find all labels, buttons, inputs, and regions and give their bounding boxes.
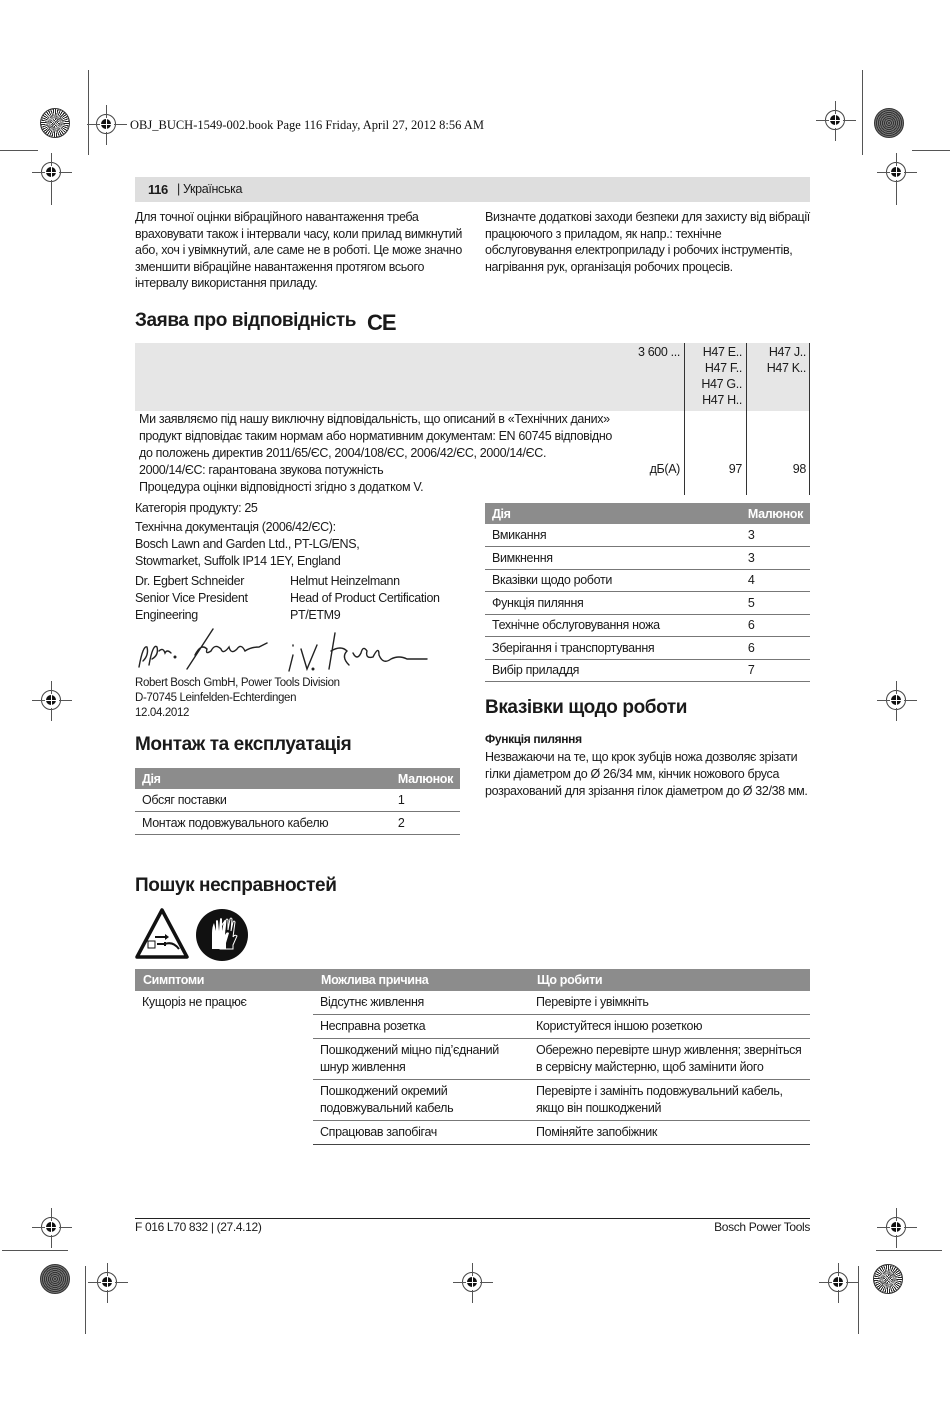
text-line: зменшити вібраційне навантаження протяго…	[135, 259, 475, 276]
figure-cell: 6	[741, 637, 810, 660]
column-header: Симптоми	[135, 969, 313, 991]
registration-mark-icon	[97, 1272, 117, 1292]
model-code: H47 H..	[688, 392, 742, 408]
registration-mark-icon	[828, 1272, 848, 1292]
action-cell: Вказівки щодо роботи	[485, 569, 741, 592]
figure-cell: 1	[391, 789, 460, 812]
table-row: Кущоріз не працюєВідсутнє живленняПереві…	[135, 991, 810, 1015]
text-line: Для точної оцінки вібраційного навантаже…	[135, 209, 475, 226]
figure-cell: 4	[741, 569, 810, 592]
signatory-name: Helmut Heinzelmann	[290, 573, 440, 590]
signatures-image	[135, 625, 445, 675]
figure-cell: 5	[741, 592, 810, 615]
text-line: Технічна документація (2006/42/ЄС):	[135, 519, 359, 536]
text-line: або, хоч і увімкнутий, але саме не в роб…	[135, 242, 475, 259]
troubleshooting-heading: Пошук несправностей	[135, 875, 337, 897]
table-row: Технічне обслуговування ножа6	[485, 614, 810, 637]
action-cell: Зберігання і транспортування	[485, 637, 741, 660]
page-language: | Українська	[177, 182, 242, 196]
sound-value-2: 98	[752, 461, 806, 477]
registration-mark-icon	[886, 690, 906, 710]
registration-star-icon	[873, 1264, 903, 1294]
text-line: Визначте додаткові заходи безпеки для за…	[485, 209, 815, 226]
action-cell: Обсяг поставки	[135, 789, 391, 812]
registration-mark-icon	[886, 1217, 906, 1237]
model-column-1: H47 E.. H47 F.. H47 G.. H47 H..	[688, 344, 742, 408]
signatory-title: Senior Vice President	[135, 590, 248, 607]
page-header-bar: 116 | Українська	[135, 177, 810, 202]
signatory-2: Helmut Heinzelmann Head of Product Certi…	[290, 573, 440, 624]
action-cell: Функція пиляння	[485, 592, 741, 615]
declaration-text: Ми заявляємо під нашу виключну відповіда…	[139, 411, 629, 496]
remedy-cell: Поміняйте запобіжник	[529, 1121, 810, 1145]
registration-star-icon	[40, 108, 70, 138]
text-line: гілки діаметром до Ø 26/34 мм, кінчик но…	[485, 766, 808, 783]
model-code: H47 G..	[688, 376, 742, 392]
sawing-function-text: Незважаючи на те, що крок зубців ножа до…	[485, 749, 808, 800]
text-line: враховувати також і інтервали часу, коли…	[135, 226, 475, 243]
cause-cell: Відсутнє живлення	[313, 991, 529, 1015]
table-row: Монтаж подовжувального кабелю 2	[135, 812, 460, 835]
work-instructions-heading: Вказівки щодо роботи	[485, 697, 687, 719]
column-header: Що робити	[529, 969, 810, 991]
text-line: продукт відповідає таким нормам або норм…	[139, 428, 629, 445]
column-header: Дія	[135, 768, 391, 789]
table-row: Вибір приладдя7	[485, 659, 810, 682]
remedy-cell: Перевірте і увімкніть	[529, 991, 810, 1015]
intro-right-paragraph: Визначте додаткові заходи безпеки для за…	[485, 209, 815, 275]
company-location: D-70745 Leinfelden-Echterdingen	[135, 691, 340, 706]
print-slug-line: OBJ_BUCH-1549-002.book Page 116 Friday, …	[130, 118, 484, 133]
figure-cell: 2	[391, 812, 460, 835]
footer-rule	[135, 1218, 810, 1219]
intro-left-paragraph: Для точної оцінки вібраційного навантаже…	[135, 209, 475, 292]
text-line: до положень директив 2011/65/ЄС, 2004/10…	[139, 445, 629, 462]
column-header: Можлива причина	[313, 969, 529, 991]
signatory-department: PT/ETM9	[290, 607, 440, 624]
cause-cell: Спрацював запобігач	[313, 1121, 529, 1145]
sound-unit: дБ(А)	[620, 461, 680, 477]
gloves-icon	[196, 909, 248, 961]
table-row: Вказівки щодо роботи4	[485, 569, 810, 592]
action-cell: Вибір приладдя	[485, 659, 741, 682]
figure-cell: 3	[741, 524, 810, 547]
text-line: працюючого з приладом, як напр.: технічн…	[485, 226, 815, 243]
footer-brand: Bosch Power Tools	[714, 1220, 810, 1234]
column-header: Дія	[485, 503, 741, 524]
unplug-warning-icon	[135, 907, 189, 961]
model-code: H47 K..	[750, 360, 806, 376]
action-cell: Технічне обслуговування ножа	[485, 614, 741, 637]
model-code: H47 J..	[750, 344, 806, 360]
sawing-function-subheading: Функція пиляння	[485, 732, 582, 746]
technical-documentation: Технічна документація (2006/42/ЄС): Bosc…	[135, 519, 359, 570]
declaration-date: 12.04.2012	[135, 706, 340, 721]
signatory-name: Dr. Egbert Schneider	[135, 573, 248, 590]
registration-mark-icon	[41, 162, 61, 182]
registration-mark-icon	[41, 690, 61, 710]
page-number: 116	[148, 182, 168, 197]
product-category: Категорія продукту: 25	[135, 500, 258, 517]
text-line: розрахований для зрізання гілок діаметро…	[485, 783, 808, 800]
text-line: нагрівання рук, організація робочих проц…	[485, 259, 815, 276]
footer-document-code: F 016 L70 832 | (27.4.12)	[135, 1220, 261, 1234]
table-row: Вмикання3	[485, 524, 810, 547]
column-header: Малюнок	[741, 503, 810, 524]
text-line: Bosch Lawn and Garden Ltd., PT-LG/ENS,	[135, 536, 359, 553]
registration-mark-icon	[825, 110, 845, 130]
model-code: H47 E..	[688, 344, 742, 360]
actions-table: Дія Малюнок Вмикання3Вимкнення3Вказівки …	[485, 503, 810, 682]
model-prefix: 3 600 ...	[600, 344, 680, 360]
registration-mark-icon	[41, 1217, 61, 1237]
text-line: Незважаючи на те, що крок зубців ножа до…	[485, 749, 808, 766]
table-row: Вимкнення3	[485, 547, 810, 570]
signatory-title: Head of Product Certification	[290, 590, 440, 607]
remedy-cell: Перевірте і замініть подовжувальний кабе…	[529, 1080, 810, 1121]
company-address: Robert Bosch GmbH, Power Tools Division …	[135, 676, 340, 721]
text-line: обслуговування електроприладу і робочих …	[485, 242, 815, 259]
assembly-heading: Монтаж та експлуатація	[135, 734, 351, 756]
signatory-1: Dr. Egbert Schneider Senior Vice Preside…	[135, 573, 248, 624]
model-code: H47 F..	[688, 360, 742, 376]
figure-cell: 7	[741, 659, 810, 682]
text-line: Процедура оцінки відповідності згідно з …	[139, 479, 629, 496]
registration-target-icon	[874, 108, 904, 138]
declaration-heading: Заява про відповідність	[135, 310, 356, 332]
registration-mark-icon	[96, 114, 116, 134]
figure-cell: 3	[741, 547, 810, 570]
action-cell: Вмикання	[485, 524, 741, 547]
text-line: 2000/14/ЄС: гарантована звукова потужніс…	[139, 462, 629, 479]
cause-cell: Пошкоджений міцно під’єднаний шнур живле…	[313, 1039, 529, 1080]
figure-cell: 6	[741, 614, 810, 637]
registration-mark-icon	[886, 162, 906, 182]
model-column-2: H47 J.. H47 K..	[750, 344, 806, 376]
text-line: Stowmarket, Suffolk IP14 1EY, England	[135, 553, 359, 570]
text-line: Ми заявляємо під нашу виключну відповіда…	[139, 411, 629, 428]
remedy-cell: Користуйтеся іншою розеткою	[529, 1015, 810, 1039]
assembly-table: Дія Малюнок Обсяг поставки 1 Монтаж подо…	[135, 768, 460, 835]
signatory-department: Engineering	[135, 607, 248, 624]
cause-cell: Несправна розетка	[313, 1015, 529, 1039]
cause-cell: Пошкоджений окремий подовжувальний кабел…	[313, 1080, 529, 1121]
ce-mark-icon: CE	[367, 310, 396, 336]
text-line: інтервалу використання приладу.	[135, 275, 475, 292]
company-name: Robert Bosch GmbH, Power Tools Division	[135, 676, 340, 691]
registration-mark-icon	[462, 1272, 482, 1292]
table-row: Обсяг поставки 1	[135, 789, 460, 812]
troubleshooting-table: Симптоми Можлива причина Що робити Кущор…	[135, 969, 810, 1145]
action-cell: Вимкнення	[485, 547, 741, 570]
column-header: Малюнок	[391, 768, 460, 789]
action-cell: Монтаж подовжувального кабелю	[135, 812, 391, 835]
symptom-cell: Кущоріз не працює	[135, 991, 313, 1145]
registration-target-icon	[40, 1264, 70, 1294]
table-row: Зберігання і транспортування6	[485, 637, 810, 660]
table-row: Функція пиляння5	[485, 592, 810, 615]
sound-value-1: 97	[690, 461, 742, 477]
remedy-cell: Обережно перевірте шнур живлення; зверні…	[529, 1039, 810, 1080]
